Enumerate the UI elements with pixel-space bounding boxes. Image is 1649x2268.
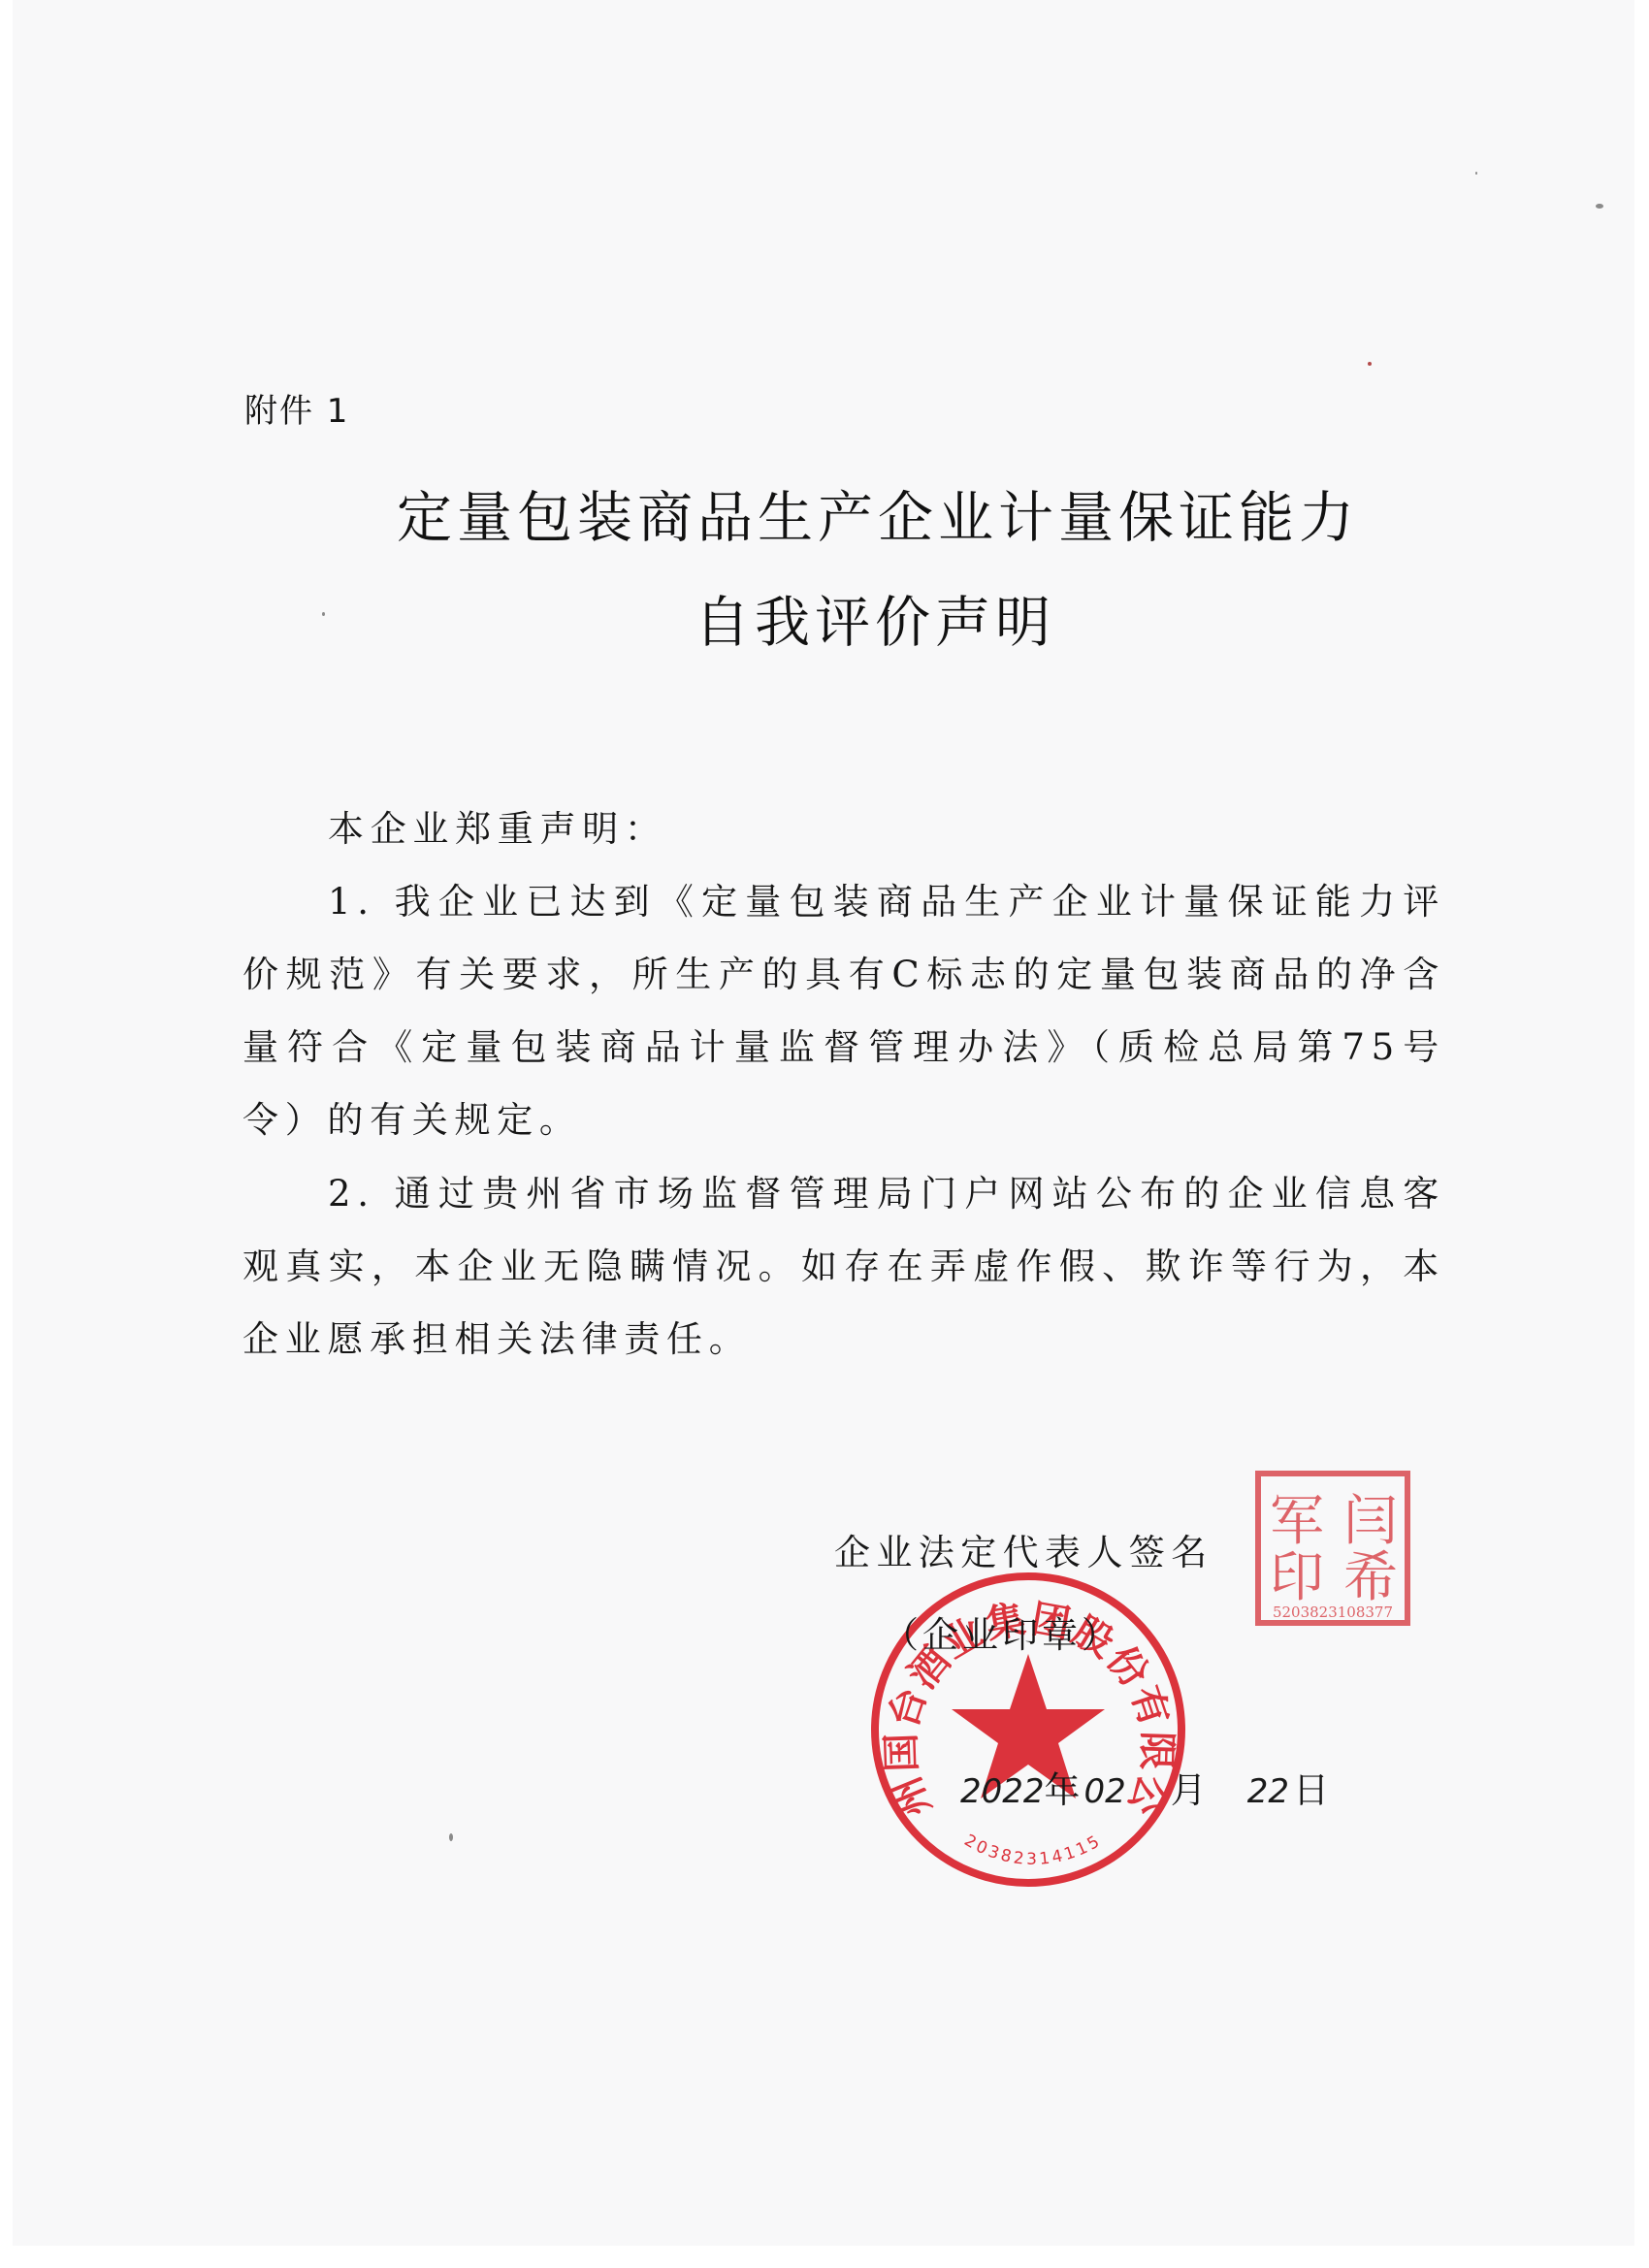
scan-speck <box>1596 204 1603 209</box>
date-month-handwritten: 02 <box>1084 1772 1126 1811</box>
paragraph-1: 1. 我企业已达到《定量包装商品生产企业计量保证能力评价规范》有关要求，所生产的… <box>242 865 1445 1156</box>
date-day-suffix: 日 <box>1293 1761 1329 1813</box>
personal-seal-code: 5203823108377 <box>1273 1604 1393 1621</box>
personal-seal-char: 军 <box>1270 1490 1324 1553</box>
declaration-item-1: 1. 我企业已达到《定量包装商品生产企业计量保证能力评价规范》有关要求，所生产的… <box>242 865 1445 1156</box>
scan-speck <box>1475 172 1477 175</box>
personal-seal-char: 希 <box>1343 1546 1398 1609</box>
scan-speck <box>1368 362 1372 366</box>
paragraph-2: 2. 通过贵州省市场监督管理局门户网站公布的企业信息客观真实，本企业无隐瞒情况。… <box>242 1157 1445 1376</box>
personal-seal-char: 印 <box>1270 1546 1324 1609</box>
date-year-handwritten: 2022 <box>960 1772 1045 1811</box>
document-title-line2: 自我评价声明 <box>50 578 1649 658</box>
legal-representative-signature-label: 企业法定代表人签名 <box>834 1523 1213 1575</box>
declaration-item-2: 2. 通过贵州省市场监督管理局门户网站公布的企业信息客观真实，本企业无隐瞒情况。… <box>242 1157 1445 1376</box>
intro-text: 本企业郑重声明： <box>242 793 1445 865</box>
date-year-suffix: 年 <box>1045 1761 1081 1813</box>
signature-date: 2022年02月22日 <box>960 1761 1329 1813</box>
personal-seal-char: 闫 <box>1343 1490 1398 1553</box>
personal-seal-stamp: 闫 希 军 印 5203823108377 <box>1254 1470 1411 1627</box>
date-month-suffix: 月 <box>1171 1761 1207 1813</box>
scan-speck <box>449 1833 453 1841</box>
date-day-handwritten: 22 <box>1247 1772 1289 1811</box>
company-seal-label: （企业印章） <box>883 1605 1121 1658</box>
declaration-intro: 本企业郑重声明： <box>242 793 1445 865</box>
document-title-line1: 定量包装商品生产企业计量保证能力 <box>53 473 1649 553</box>
attachment-label: 附件 1 <box>244 384 349 432</box>
